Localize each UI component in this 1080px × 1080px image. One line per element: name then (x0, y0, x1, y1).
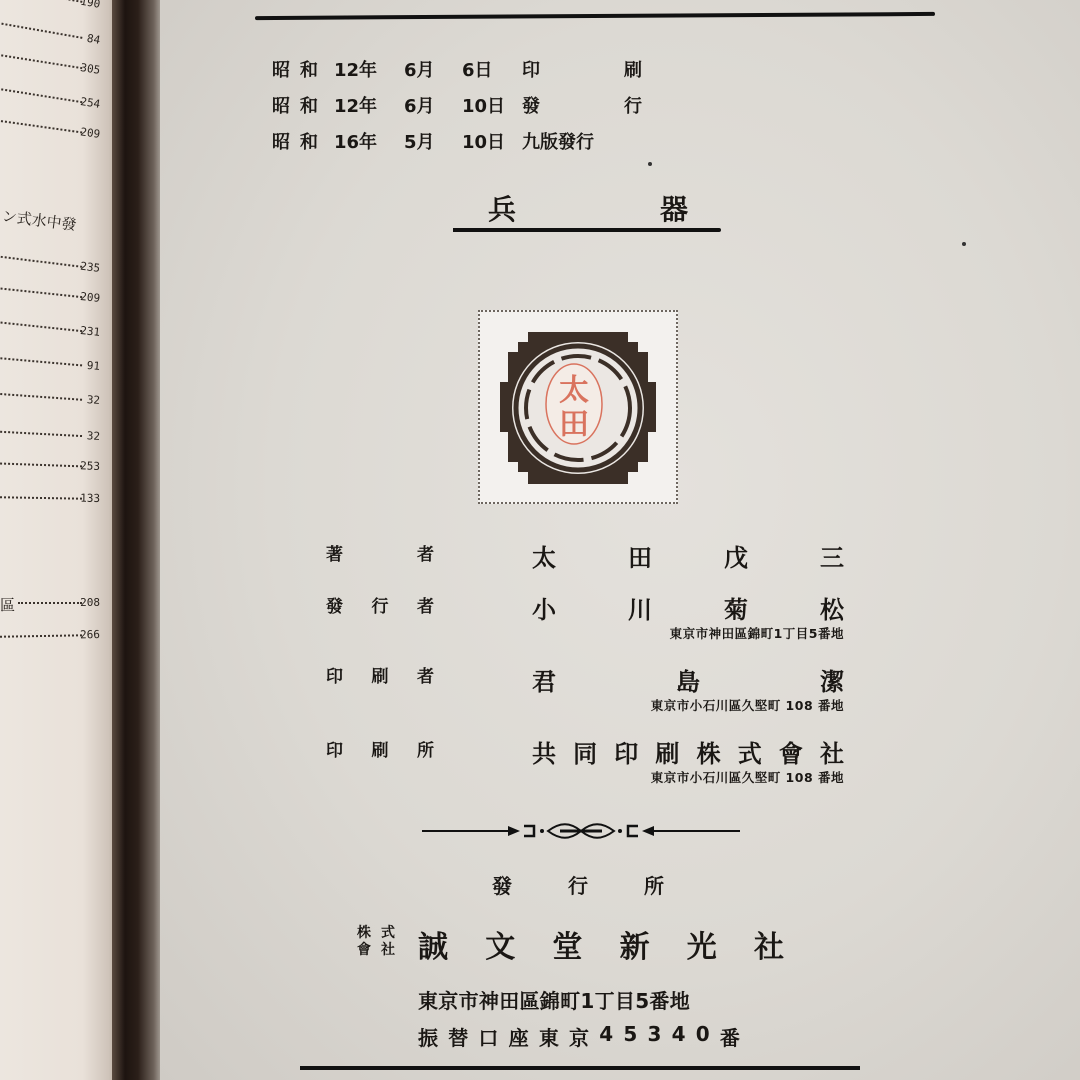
era: 昭和 (272, 128, 334, 154)
action: 發 行 (522, 92, 642, 118)
page-number: 209 (79, 125, 100, 141)
page-number: 133 (80, 492, 100, 505)
role-char: 發 (326, 592, 343, 617)
role-char: 印 (326, 736, 343, 761)
role-publisher: 發 行 者 (326, 592, 434, 617)
index-entry: 91 (0, 351, 101, 374)
year: 12年 (334, 56, 404, 82)
publisher-company-name: 誠 文 堂 新 光 社 (418, 922, 784, 966)
page-number: 253 (80, 459, 100, 473)
svg-text:太: 太 (559, 373, 589, 408)
action-text: 九版發行 (522, 128, 594, 154)
left-page-index: 190 84 305 254 209 ン式水中發 235 209 231 91 … (0, 0, 118, 1080)
role-char: 所 (417, 736, 434, 761)
action-char: 行 (624, 92, 642, 118)
name-char: 新 (620, 922, 650, 966)
name-char: 太 (532, 538, 556, 573)
name-char: 川 (628, 590, 652, 625)
role-char: 刷 (372, 662, 389, 687)
index-entry: 32 (0, 387, 100, 408)
era: 昭和 (272, 92, 334, 118)
era: 昭和 (272, 56, 334, 82)
name-char: 會 (779, 734, 803, 769)
index-entry: 235 (0, 250, 101, 276)
publication-dates: 昭和 12年 6月 6日 印 刷 昭和 12年 6月 10日 發 行 昭和 16… (272, 56, 642, 164)
account-char: 口 (478, 1022, 498, 1051)
index-section-heading: ン式水中發 (1, 205, 78, 235)
day: 10日 (462, 128, 522, 154)
book-spine-gutter (112, 0, 164, 1080)
index-entry: 32 (0, 425, 100, 444)
action-char: 發 (522, 92, 540, 118)
index-entry: 254 (0, 82, 101, 111)
name-char: 松 (820, 590, 844, 625)
role-char: 者 (417, 662, 434, 687)
index-entry: 305 (0, 48, 101, 77)
label-char: 行 (568, 870, 588, 899)
index-fragment-char: 區 (0, 594, 15, 615)
title-char: 兵 (488, 188, 516, 228)
role-char: 印 (326, 662, 343, 687)
name-char: 田 (628, 538, 652, 573)
title-underline (453, 228, 721, 232)
role-char: 者 (417, 592, 434, 617)
account-char: 4 (599, 1022, 613, 1051)
company-type-prefix: 株 式 會 社 (352, 925, 400, 959)
name-char: 三 (820, 538, 844, 573)
index-entry: 84 (0, 17, 101, 48)
name-char: 光 (687, 922, 717, 966)
author-seal-stamp: 太 田 (478, 310, 678, 504)
printing-office-address: 東京市小石川區久堅町 108 番地 (572, 768, 844, 786)
page-number: 208 (80, 596, 100, 609)
prefix-char: 會 (352, 942, 376, 959)
name-char: 君 (532, 662, 556, 697)
name-char: 社 (754, 922, 784, 966)
index-entry: 209 (0, 114, 101, 142)
index-entry: 253 (0, 457, 100, 474)
day: 6日 (462, 56, 522, 82)
prefix-char: 株 (352, 925, 376, 942)
name-char: 刷 (655, 734, 679, 769)
name-char: 社 (820, 734, 844, 769)
name-char: 戊 (724, 538, 748, 573)
index-entry: 133 (0, 490, 100, 506)
page-number: 91 (86, 359, 100, 373)
page-number: 32 (86, 393, 100, 407)
index-entry: 190 (0, 0, 101, 12)
printer-name: 君 島 潔 (532, 662, 844, 697)
name-char: 菊 (724, 590, 748, 625)
prefix-char: 式 (376, 925, 400, 942)
account-char: 0 (696, 1022, 710, 1051)
date-row-issue: 昭和 12年 6月 10日 發 行 (272, 92, 642, 128)
date-row-ninth-edition: 昭和 16年 5月 10日 九版發行 (272, 128, 642, 164)
page-number: 266 (80, 628, 100, 641)
publisher-person-address: 東京市神田區錦町1丁目5番地 (572, 624, 844, 642)
month: 6月 (404, 92, 462, 118)
page-number: 235 (80, 260, 101, 275)
account-char: 4 (672, 1022, 686, 1051)
action: 印 刷 (522, 56, 642, 82)
name-char: 式 (738, 734, 762, 769)
role-printing-office: 印 刷 所 (326, 736, 434, 761)
page-number: 32 (86, 429, 100, 443)
page-number: 84 (86, 32, 101, 47)
name-char: 誠 (418, 922, 448, 966)
role-printer: 印 刷 者 (326, 662, 434, 687)
year: 16年 (334, 128, 404, 154)
name-char: 島 (676, 662, 700, 697)
printing-office-name: 共 同 印 刷 株 式 會 社 (532, 734, 844, 769)
account-char: 東 (539, 1022, 559, 1051)
account-char: 5 (623, 1022, 637, 1051)
page-number: 254 (79, 95, 101, 111)
seal-emblem-icon: 太 田 (480, 312, 676, 502)
name-char: 潔 (820, 662, 844, 697)
name-char: 同 (573, 734, 597, 769)
name-char: 小 (532, 590, 556, 625)
title-char: 器 (660, 188, 688, 228)
account-char: 替 (448, 1022, 468, 1051)
name-char: 株 (697, 734, 721, 769)
index-entry: 266 (0, 628, 100, 644)
prefix-char: 社 (376, 942, 400, 959)
month: 6月 (404, 56, 462, 82)
name-char: 堂 (552, 922, 582, 966)
label-char: 發 (492, 870, 512, 899)
label-char: 所 (644, 870, 664, 899)
page-number: 231 (80, 324, 101, 339)
account-char: 振 (418, 1022, 438, 1051)
role-char: 行 (372, 592, 389, 617)
publisher-person-name: 小 川 菊 松 (532, 590, 844, 625)
day: 10日 (462, 92, 522, 118)
action-char: 印 (522, 56, 540, 82)
account-char: 京 (569, 1022, 589, 1051)
index-entry: 208 (18, 596, 100, 610)
svg-text:田: 田 (559, 407, 589, 442)
paper-speck (648, 162, 652, 166)
name-char: 文 (485, 922, 515, 966)
index-entry: 231 (0, 316, 101, 340)
page-number: 209 (80, 290, 101, 305)
role-char: 著 (326, 540, 343, 565)
printer-address: 東京市小石川區久堅町 108 番地 (572, 696, 844, 714)
publisher-address: 東京市神田區錦町1丁目5番地 (418, 985, 740, 1014)
page-number: 305 (79, 61, 101, 77)
author-name: 太 田 戊 三 (532, 538, 844, 573)
ornamental-divider-icon (420, 820, 742, 842)
account-char: 座 (509, 1022, 529, 1051)
paper-speck (962, 242, 966, 246)
role-author: 著 者 (326, 540, 434, 565)
book-title: 兵 器 (488, 188, 688, 228)
date-row-printing: 昭和 12年 6月 6日 印 刷 (272, 56, 642, 92)
account-char: 番 (720, 1022, 740, 1051)
month: 5月 (404, 128, 462, 154)
name-char: 印 (614, 734, 638, 769)
bottom-rule (300, 1066, 860, 1070)
page-number: 190 (79, 0, 101, 11)
index-entry: 209 (0, 282, 101, 306)
role-char: 刷 (372, 736, 389, 761)
transfer-account: 振 替 口 座 東 京 4 5 3 4 0 番 (418, 1022, 740, 1051)
action: 九版發行 (522, 128, 642, 154)
account-char: 3 (647, 1022, 661, 1051)
action-char: 刷 (624, 56, 642, 82)
role-char: 者 (417, 540, 434, 565)
publishing-house-label: 發 行 所 (492, 870, 664, 899)
name-char: 共 (532, 734, 556, 769)
year: 12年 (334, 92, 404, 118)
